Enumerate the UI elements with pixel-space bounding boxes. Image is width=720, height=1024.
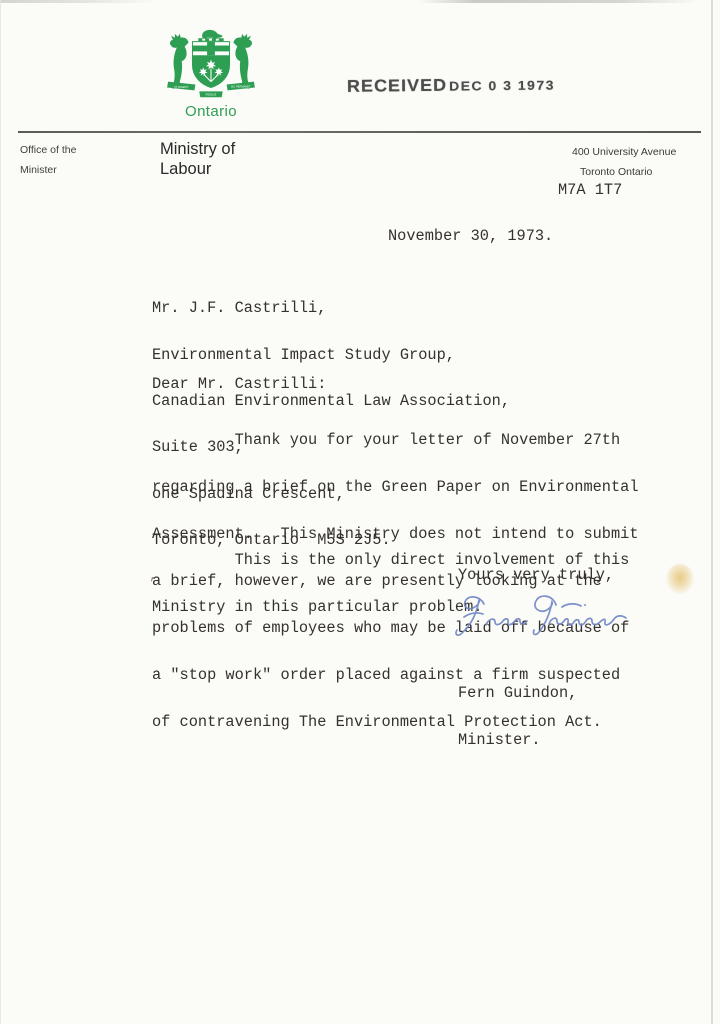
paper-stain — [666, 564, 694, 594]
body-line: regarding a brief on the Green Paper on … — [152, 480, 639, 496]
typed-signer-title: Minister. — [458, 733, 577, 748]
body-line: Thank you for your letter of November 27… — [152, 433, 639, 449]
moose-supporter-icon — [170, 34, 189, 89]
office-of-the-minister-label: Office of the Minister — [20, 144, 76, 184]
letter-date: November 30, 1973. — [388, 229, 553, 245]
signature-block: Fern Guindon, Minister. — [458, 655, 577, 779]
letterhead-divider — [18, 131, 701, 133]
received-stamp: RECEIVEDDEC 0 3 1973 — [347, 74, 555, 97]
ministry-address-city: Toronto Ontario — [580, 166, 652, 178]
motto-left-text: VT INCEPIT — [174, 85, 189, 89]
recipient-line: Environmental Impact Study Group, — [152, 348, 510, 363]
scan-edge-top — [0, 0, 720, 3]
ontario-coat-of-arms-icon: VT INCEPIT SIC PERMANET FIDELIS — [162, 27, 260, 107]
salutation: Dear Mr. Castrilli: — [152, 377, 326, 393]
ministry-postal-code: M7A 1T7 — [558, 183, 622, 199]
ministry-address-street: 400 University Avenue — [572, 146, 676, 158]
motto-right-text: SIC PERMANET — [231, 84, 251, 88]
scan-edge-left — [0, 0, 1, 1024]
typed-signer-name: Fern Guindon, — [458, 686, 577, 701]
closing-line: Yours very truly, — [458, 568, 614, 584]
scan-edge-right — [711, 0, 713, 1024]
handwritten-signature — [450, 590, 640, 646]
ontario-wordmark: Ontario — [162, 103, 260, 120]
scanned-letter-page: VT INCEPIT SIC PERMANET FIDELIS Ontario … — [0, 0, 720, 1024]
received-stamp-date: DEC 0 3 1973 — [449, 78, 555, 94]
recipient-line: Mr. J.F. Castrilli, — [152, 301, 510, 316]
stray-ink-mark: , — [149, 568, 157, 584]
motto-bottom-text: FIDELIS — [206, 92, 217, 96]
ministry-name: Ministry of Labour — [160, 141, 235, 181]
deer-supporter-icon — [233, 34, 252, 89]
received-stamp-word: RECEIVED — [347, 76, 447, 97]
